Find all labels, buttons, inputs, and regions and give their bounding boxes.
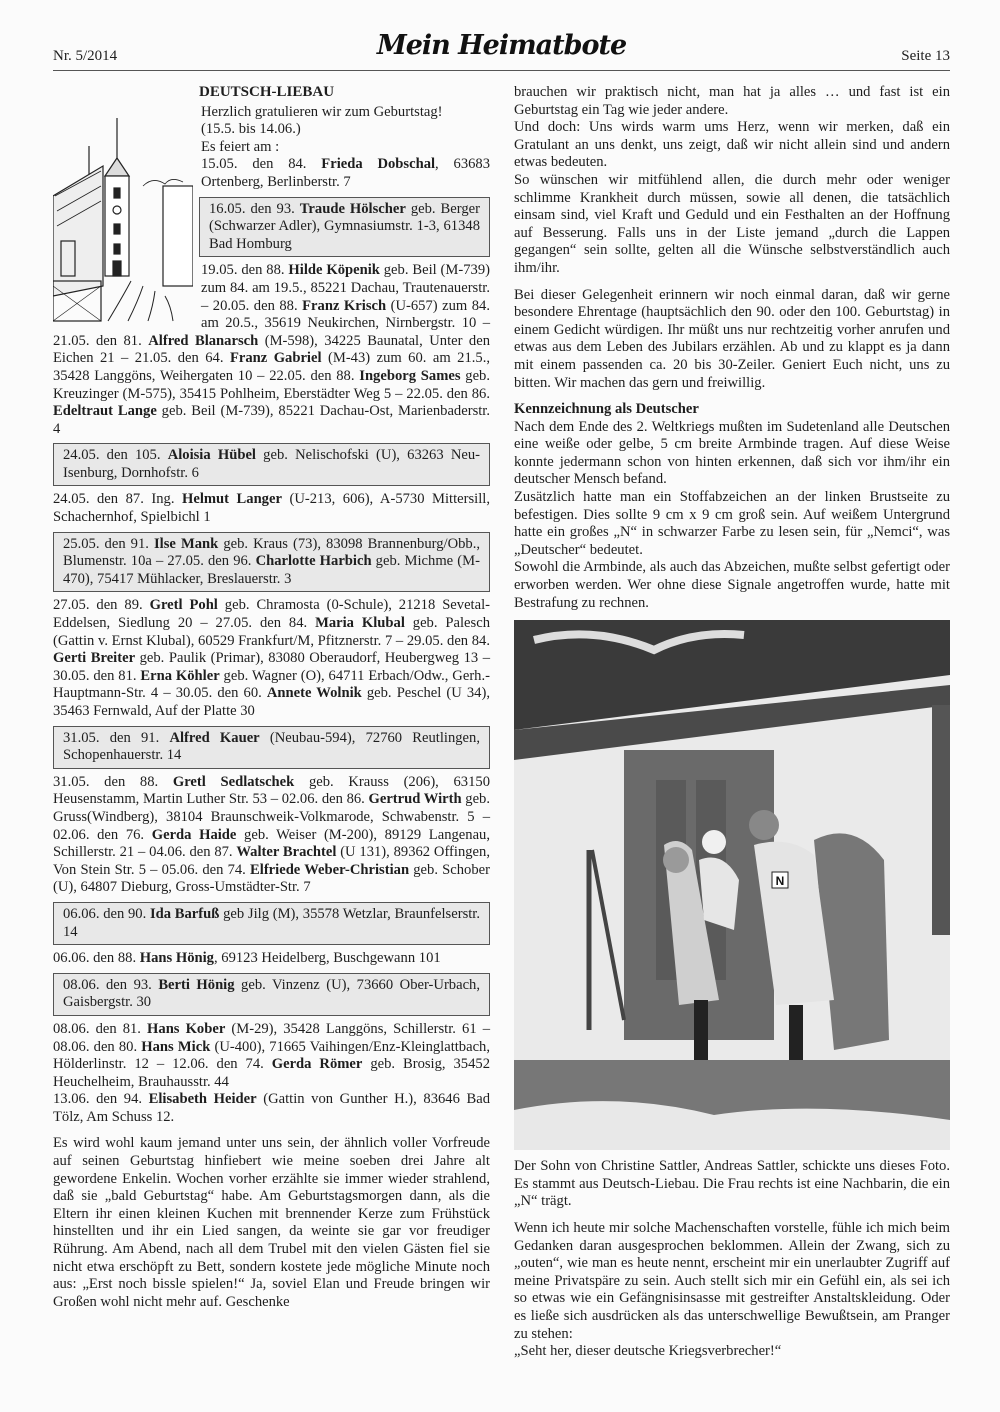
celebrant-name: Edeltraut Lange — [53, 403, 157, 419]
celebrant-name: Annete Wolnik — [267, 685, 362, 701]
historical-photo: N — [514, 620, 950, 1150]
birthday-list-paragraph: 31.05. den 88. Gretl Sedlatschek geb. Kr… — [53, 774, 490, 897]
birthday-list-paragraph: 08.06. den 81. Hans Kober (M-29), 35428 … — [53, 1021, 490, 1091]
celebrant-name: Hans Mick — [141, 1039, 210, 1055]
birthday-entry: 24.05. den 87. Ing. Helmut Langer (U-213… — [53, 491, 490, 526]
celebrant-name: Erna Köhler — [140, 668, 219, 684]
highlight-box: 31.05. den 91. Alfred Kauer (Neubau-594)… — [53, 726, 490, 769]
celebrant-name: Gerda Haide — [152, 827, 237, 843]
closing-quote: „Seht her, dieser deutsche Kriegsverbrec… — [514, 1343, 950, 1361]
celebrant-name: Walter Brachtel — [236, 844, 336, 860]
celebrant-name: Elfriede Weber-Christian — [250, 862, 409, 878]
celebrant-name: Hans Kober — [147, 1021, 225, 1037]
birthday-entry: 06.06. den 88. Hans Hönig, 69123 Heidelb… — [53, 950, 490, 968]
body-paragraph: Zusätzlich hatte man ein Stoffabzeichen … — [514, 489, 950, 559]
celebrant-name: Franz Gabriel — [230, 350, 322, 366]
left-column: DEUTSCH-LIEBAU Herzlich gratulieren wir … — [53, 84, 490, 1311]
subheading: Kennzeichnung als Deutscher — [514, 401, 950, 419]
entry-text: 08.06. den 81. — [53, 1021, 147, 1037]
issue-number: Nr. 5/2014 — [53, 48, 117, 65]
celebrant-name: Maria Klubal — [315, 615, 405, 631]
body-paragraph: Und doch: Uns wirds warm ums Herz, wenn … — [514, 119, 950, 172]
page-header: Nr. 5/2014 Mein Heimatbote Seite 13 — [53, 28, 950, 71]
body-paragraph: Nach dem Ende des 2. Weltkriegs mußten i… — [514, 419, 950, 489]
church-street-illustration — [53, 116, 193, 322]
celebrant-name: Ingeborg Sames — [359, 368, 460, 384]
highlight-box: 06.06. den 90. Ida Barfuß geb Jilg (M), … — [53, 902, 490, 945]
entry-text: 19.05. den 88. — [201, 262, 288, 278]
body-paragraph: Sowohl die Armbinde, als auch das Abzeic… — [514, 559, 950, 612]
photo-caption: Der Sohn von Christine Sattler, Andreas … — [514, 1158, 950, 1211]
highlight-box: 08.06. den 93. Berti Hönig geb. Vinzenz … — [53, 973, 490, 1016]
highlight-box: 24.05. den 105. Aloisia Hübel geb. Nelis… — [53, 443, 490, 486]
photo-scene: N — [514, 620, 950, 1150]
highlight-box: 16.05. den 93. Traude Hölscher geb. Berg… — [199, 197, 490, 258]
entry-text: 31.05. den 88. — [53, 774, 173, 790]
n-badge: N — [776, 874, 785, 888]
celebrant-name: Franz Krisch — [302, 298, 386, 314]
body-paragraph: So wünschen wir mitfühlend allen, die du… — [514, 172, 950, 278]
entry-text: 27.05. den 89. — [53, 597, 150, 613]
celebrant-name: Hilde Köpenik — [288, 262, 379, 278]
right-column: brauchen wir praktisch nicht, man hat ja… — [514, 84, 950, 1361]
celebrant-name: Gertrud Wirth — [368, 791, 461, 807]
highlight-box: 25.05. den 91. Ilse Mank geb. Kraus (73)… — [53, 532, 490, 593]
celebrant-name: Alfred Blanarsch — [148, 333, 258, 349]
section-title: DEUTSCH-LIEBAU — [199, 84, 490, 102]
birthday-list-paragraph: 27.05. den 89. Gretl Pohl geb. Chramosta… — [53, 597, 490, 720]
celebrant-name: Gretl Sedlatschek — [173, 774, 294, 790]
celebrant-name: Gretl Pohl — [150, 597, 218, 613]
page-number: Seite 13 — [901, 48, 950, 65]
masthead-logo: Mein Heimatbote — [377, 30, 626, 61]
essay-paragraph: Es wird wohl kaum jemand unter uns sein,… — [53, 1135, 490, 1311]
celebrant-name: Gerti Breiter — [53, 650, 135, 666]
body-paragraph: Bei dieser Gelegenheit erinnern wir noch… — [514, 287, 950, 393]
birthday-entry: 13.06. den 94. Elisabeth Heider (Gattin … — [53, 1091, 490, 1126]
body-paragraph: brauchen wir praktisch nicht, man hat ja… — [514, 84, 950, 119]
celebrant-name: Gerda Römer — [272, 1056, 363, 1072]
body-paragraph: Wenn ich heute mir solche Machenschaften… — [514, 1220, 950, 1343]
